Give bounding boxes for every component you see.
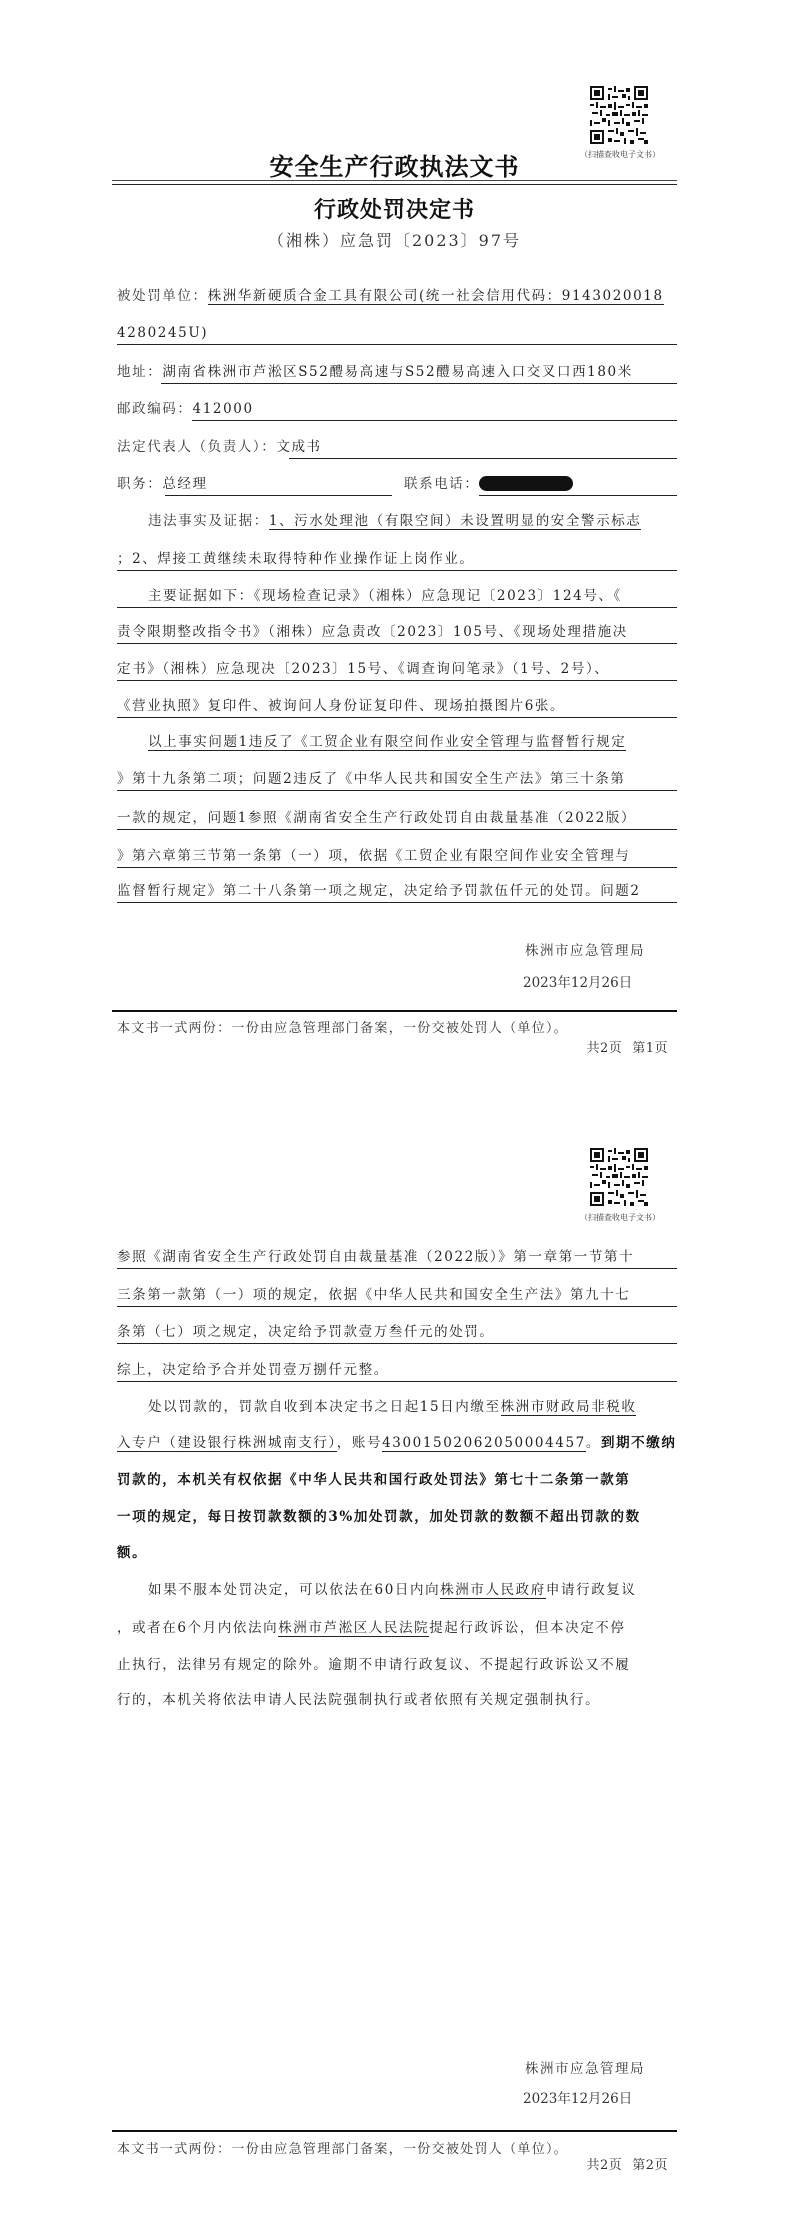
phone-redaction: [479, 476, 573, 491]
position-value: 总经理: [162, 476, 207, 492]
evidence-text: 《营业执照》复印件、被询问人身份证复印件、现场拍摄图片6张。: [117, 698, 565, 714]
account-holder: 株洲市财政局非税收: [501, 1399, 637, 1416]
title-double-rule: [112, 180, 677, 185]
payment-text: 处以罚款的，罚款自收到本决定书之日起15日内缴至: [117, 1399, 501, 1415]
evidence-line-3: 定书》（湘株）应急现决〔2023〕15号、《调查询问笔录》（1号、2号）、: [117, 658, 677, 681]
legal-representative-underline: [289, 458, 677, 459]
decision-line-1: 参照《湖南省安全生产行政处罚自由裁量基准（2022版）》第一章第一节第十: [117, 1246, 677, 1269]
facts-line-1: 违法事实及证据：1、污水处理池（有限空间）未设置明显的安全警示标志: [117, 510, 677, 532]
issuing-agency: 株洲市应急管理局: [525, 939, 645, 959]
late-payment-warning: 一项的规定，每日按罚款数额的3%加处罚款，加处罚款的数额不超出罚款的数: [117, 1509, 641, 1525]
violation-text: 监督暂行规定》第二十八条第一项之规定，决定给予罚款伍仟元的处罚。问题2: [117, 883, 641, 899]
position-phone-line: 职务：总经理 联系电话：: [117, 473, 677, 495]
document-category-title: 安全生产行政执法文书: [112, 147, 677, 182]
late-payment-line-3: 罚款的，本机关有权依据《中华人民共和国行政处罚法》第七十二条第一款第: [117, 1469, 677, 1491]
postal-code-label: 邮政编码：: [117, 401, 193, 417]
postal-code-value: 412000: [193, 401, 254, 417]
appeal-line-3: 止执行，法律另有规定的除外。逾期不申请行政复议、不提起行政诉讼又不履: [117, 1654, 677, 1676]
appeal-text: ，或者在6个月内依法向: [117, 1620, 278, 1636]
address-underline: [161, 383, 677, 384]
facts-label: 违法事实及证据：: [117, 513, 269, 529]
appeal-text: 提起行政诉讼，但本决定不停: [429, 1620, 625, 1636]
decision-line-3: 条第（七）项之规定，决定给予罚款壹万叁仟元的处罚。: [117, 1321, 677, 1344]
appeal-line-4: 行的，本机关将依法申请人民法院强制执行或者依照有关规定强制执行。: [117, 1689, 677, 1711]
late-payment-warning: 罚款的，本机关有权依据《中华人民共和国行政处罚法》第七十二条第一款第: [117, 1472, 630, 1488]
postal-code-line: 邮政编码：412000: [117, 398, 677, 420]
appeal-text: 行的，本机关将依法申请人民法院强制执行或者依照有关规定强制执行。: [117, 1692, 600, 1708]
issuing-agency: 株洲市应急管理局: [525, 2057, 645, 2077]
footer-rule: [112, 1010, 677, 1012]
account-number: 43001502062050004457: [382, 1435, 586, 1452]
violation-line-4: 》第六章第三节第一条第（一）项，依据《工贸企业有限空间作业安全管理与: [117, 845, 677, 868]
account-holder-cont: 入专户（建设银行株洲城南支行）: [117, 1435, 337, 1452]
current-page: 第1页: [632, 1041, 668, 1056]
page-number: 共2页第2页: [586, 2154, 668, 2173]
facts-text: 1、污水处理池（有限空间）未设置明显的安全警示标志: [269, 513, 642, 530]
litigation-court: 株洲市芦淞区人民法院: [278, 1620, 429, 1637]
document-page-2: （扫描查收电子文书） 参照《湖南省安全生产行政处罚自由裁量基准（2022版）》第…: [0, 1090, 789, 2236]
issue-date: 2023年12月26日: [523, 2087, 632, 2107]
evidence-line-4: 《营业执照》复印件、被询问人身份证复印件、现场拍摄图片6张。: [117, 695, 677, 718]
evidence-text: 责令限期整改指令书》（湘株）应急责改〔2023〕105号、《现场处理措施决: [117, 624, 628, 640]
decision-text: 条第（七）项之规定，决定给予罚款壹万叁仟元的处罚。: [117, 1324, 495, 1340]
violation-line-5: 监督暂行规定》第二十八条第一项之规定，决定给予罚款伍仟元的处罚。问题2: [117, 880, 677, 903]
qr-code-icon: [590, 1148, 648, 1206]
document-number: （湘株）应急罚〔2023〕97号: [112, 228, 677, 251]
footer-rule: [112, 2130, 677, 2132]
footer-note: 本文书一式两份：一份由应急管理部门备案，一份交被处罚人（单位）。: [117, 1017, 568, 1036]
phone-underline: [479, 495, 677, 496]
appeal-text: 申请行政复议: [546, 1582, 637, 1598]
address-label: 地址：: [117, 364, 162, 380]
punished-unit-value: 株洲华新硬质合金工具有限公司(统一社会信用代码：9143020018: [208, 288, 664, 305]
document-type-title: 行政处罚决定书: [112, 193, 677, 224]
violation-text: 以上事实问题1违反了《工贸企业有限空间作业安全管理与监督暂行规定: [148, 734, 626, 751]
issue-date: 2023年12月26日: [523, 971, 632, 991]
facts-text: ；2、焊接工黄继续未取得特种作业操作证上岗作业。: [117, 551, 475, 567]
violation-text: 》第十九条第二项；问题2违反了《中华人民共和国安全生产法》第三十条第: [117, 771, 626, 787]
total-pages: 共2页: [586, 2158, 622, 2173]
late-payment-warning: 额。: [117, 1545, 147, 1561]
summary-text: 综上，决定给予合并处罚壹万捌仟元整。: [117, 1362, 389, 1378]
punished-unit-line-2: 4280245U): [117, 322, 677, 345]
evidence-text: 主要证据如下：《现场检查记录》（湘株）应急现记〔2023〕124号、《: [117, 588, 622, 604]
violation-line-2: 》第十九条第二项；问题2违反了《中华人民共和国安全生产法》第三十条第: [117, 768, 677, 791]
late-payment-line-5: 额。: [117, 1542, 677, 1564]
review-authority: 株洲市人民政府: [440, 1582, 546, 1599]
late-payment-line-4: 一项的规定，每日按罚款数额的3%加处罚款，加处罚款的数额不超出罚款的数: [117, 1506, 677, 1528]
punished-unit-line: 被处罚单位：株洲华新硬质合金工具有限公司(统一社会信用代码：9143020018: [117, 285, 677, 307]
qr-code-icon: [590, 86, 648, 144]
decision-text: 参照《湖南省安全生产行政处罚自由裁量基准（2022版）》第一章第一节第十: [117, 1249, 634, 1265]
footer-note: 本文书一式两份：一份由应急管理部门备案，一份交被处罚人（单位）。: [117, 2138, 568, 2157]
violation-line-1: 以上事实问题1违反了《工贸企业有限空间作业安全管理与监督暂行规定: [117, 731, 677, 753]
evidence-line-1: 主要证据如下：《现场检查记录》（湘株）应急现记〔2023〕124号、《: [117, 585, 677, 608]
phone-label: 联系电话：: [404, 473, 480, 495]
page-number: 共2页第1页: [586, 1037, 668, 1056]
decision-line-2: 三条第一款第（一）项的规定，依据《中华人民共和国安全生产法》第九十七: [117, 1284, 677, 1307]
qr-caption: （扫描查收电子文书）: [580, 1212, 660, 1223]
punished-unit-label: 被处罚单位：: [117, 288, 208, 304]
payment-line-1: 处以罚款的，罚款自收到本决定书之日起15日内缴至株洲市财政局非税收: [117, 1396, 677, 1418]
period: 。: [586, 1435, 601, 1451]
current-page: 第2页: [632, 2158, 668, 2173]
address-line: 地址：湖南省株洲市芦淞区S52醴易高速与S52醴易高速入口交叉口西180米: [117, 361, 677, 383]
evidence-text: 定书》（湘株）应急现决〔2023〕15号、《调查询问笔录》（1号、2号）、: [117, 661, 609, 677]
appeal-text: 如果不服本处罚决定，可以依法在60日内向: [117, 1582, 440, 1598]
appeal-line-1: 如果不服本处罚决定，可以依法在60日内向株洲市人民政府申请行政复议: [117, 1579, 677, 1601]
legal-representative-label: 法定代表人（负责人）：: [117, 439, 276, 455]
document-page-1: （扫描查收电子文书） 安全生产行政执法文书 行政处罚决定书 （湘株）应急罚〔20…: [0, 0, 789, 1090]
appeal-text: 止执行，法律另有规定的除外。逾期不申请行政复议、不提起行政诉讼又不履: [117, 1657, 630, 1673]
postal-code-underline: [192, 420, 677, 421]
violation-line-3: 一款的规定，问题1参照《湖南省安全生产行政处罚自由裁量基准（2022版）: [117, 807, 677, 830]
violation-text: 》第六章第三节第一条第（一）项，依据《工贸企业有限空间作业安全管理与: [117, 848, 630, 864]
position-label: 职务：: [117, 476, 162, 492]
legal-representative-value: 文成书: [276, 439, 321, 455]
total-pages: 共2页: [586, 1041, 622, 1056]
payment-line-2: 入专户（建设银行株洲城南支行），账号43001502062050004457。到…: [117, 1432, 677, 1454]
position-underline: [165, 495, 392, 496]
appeal-line-2: ，或者在6个月内依法向株洲市芦淞区人民法院提起行政诉讼，但本决定不停: [117, 1617, 677, 1639]
facts-line-2: ；2、焊接工黄继续未取得特种作业操作证上岗作业。: [117, 548, 677, 571]
account-label: ，账号: [337, 1435, 382, 1451]
address-value: 湖南省株洲市芦淞区S52醴易高速与S52醴易高速入口交叉口西180米: [162, 364, 633, 380]
evidence-line-2: 责令限期整改指令书》（湘株）应急责改〔2023〕105号、《现场处理措施决: [117, 621, 677, 644]
decision-text: 三条第一款第（一）项的规定，依据《中华人民共和国安全生产法》第九十七: [117, 1287, 630, 1303]
violation-text: 一款的规定，问题1参照《湖南省安全生产行政处罚自由裁量基准（2022版）: [117, 810, 636, 826]
late-payment-warning: 到期不缴纳: [601, 1435, 677, 1451]
credit-code-continuation: 4280245U): [117, 325, 208, 341]
legal-representative-line: 法定代表人（负责人）：文成书: [117, 436, 677, 458]
summary-line: 综上，决定给予合并处罚壹万捌仟元整。: [117, 1359, 677, 1382]
